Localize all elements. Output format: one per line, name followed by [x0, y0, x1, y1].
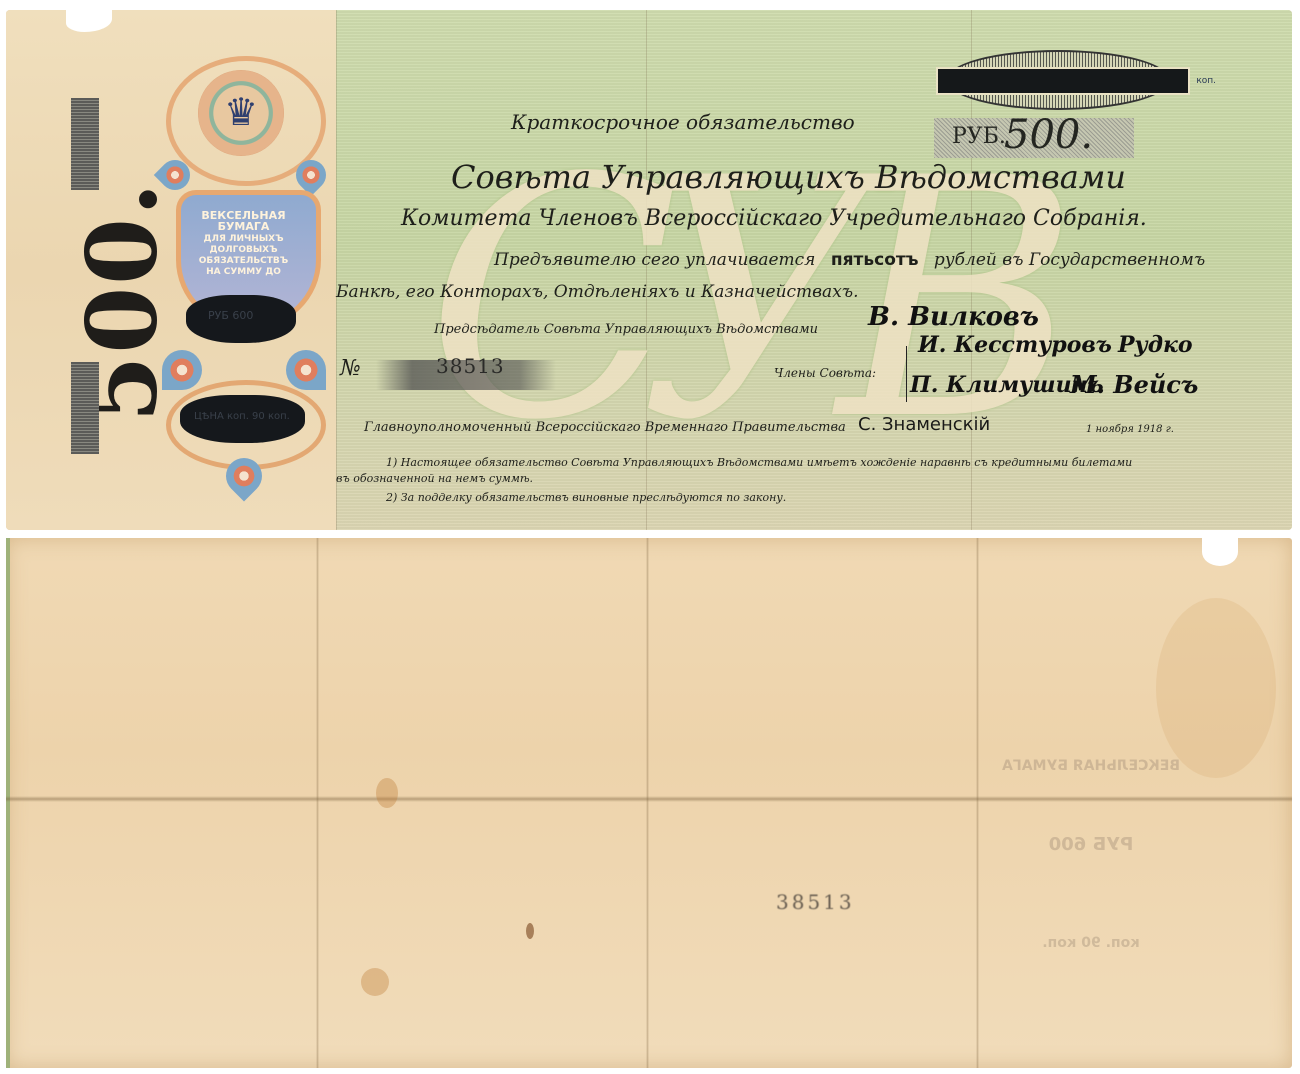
vertical-denomination: 500.: [56, 190, 146, 370]
footnote-1: 1) Настоящее обязательство Совѣта Управл…: [386, 456, 1132, 469]
crest-shield-text: ВЕКСЕЛЬНАЯ БУМАГА ДЛЯ ЛИЧНЫХЪ ДОЛГОВЫХЪ …: [178, 210, 309, 278]
double-headed-eagle-icon: ♛: [219, 88, 263, 136]
front-left-panel: 500. ♛ ВЕКСЕЛЬНАЯ БУМАГА ДЛЯ ЛИЧНЫХЪ ДОЛ…: [6, 10, 336, 530]
denomination-bar-bottom: [71, 362, 99, 454]
member-signature: Рудко: [1118, 332, 1193, 358]
stain: [361, 968, 389, 996]
serial-bleed-through: 38513: [776, 890, 855, 914]
redaction-bar: [936, 67, 1190, 95]
banknote-front: 500. ♛ ВЕКСЕЛЬНАЯ БУМАГА ДЛЯ ЛИЧНЫХЪ ДОЛ…: [6, 10, 1292, 530]
banknote-back: ВЕКСЕЛЬНАЯ БУМАГА РУБ 600 коп. 90 коп. 3…: [6, 538, 1292, 1068]
body-line-2: Банкѣ, его Конторахъ, Отдѣленіяхъ и Казн…: [336, 282, 859, 302]
overprinted-amount: РУБ 600: [208, 309, 253, 322]
ornamental-crest: ♛ ВЕКСЕЛЬНАЯ БУМАГА ДЛЯ ЛИЧНЫХЪ ДОЛГОВЫХ…: [156, 50, 331, 500]
heading-line-2: Совѣта Управляющихъ Вѣдомствами: [451, 158, 1126, 196]
overprint-blot-amount: РУБ 600: [186, 295, 296, 343]
torn-notch: [1202, 538, 1238, 566]
shield-line: ДЛЯ ЛИЧНЫХЪ: [178, 234, 309, 245]
shield-line: ДОЛГОВЫХЪ: [178, 245, 309, 256]
amount-in-words: пятьсотъ: [831, 250, 919, 270]
shield-line: НА СУММУ ДО: [178, 267, 309, 278]
members-label: Члены Совѣта:: [774, 366, 876, 380]
fold-line: [336, 10, 337, 530]
ghost-text: РУБ 600: [996, 834, 1186, 855]
plenipotentiary-signature: С. Знаменскій: [858, 414, 990, 435]
chairman-label: Предсѣдатель Совѣта Управляющихъ Вѣдомст…: [434, 322, 818, 337]
denomination-value: 500.: [1004, 112, 1093, 158]
serial-prefix: №: [340, 356, 361, 381]
heading-line-1: Краткосрочное обязательство: [511, 110, 855, 134]
mirrored-crest-bleed: ВЕКСЕЛЬНАЯ БУМАГА РУБ 600 коп. 90 коп.: [996, 718, 1186, 998]
denomination-prefix: РУБ.: [952, 124, 1006, 149]
footnote-2: 2) За подделку обязательствъ виновные пр…: [386, 491, 786, 504]
body-line-1: Предъявителю сего уплачивается пятьсотъ …: [494, 250, 1205, 270]
body-text: рублей въ Государственномъ: [934, 250, 1205, 270]
top-ornament: коп.: [906, 50, 1226, 106]
shield-line: ОБЯЗАТЕЛЬСТВЪ: [178, 256, 309, 267]
ornament-suffix: коп.: [1196, 76, 1216, 86]
issue-date: 1 ноября 1918 г.: [1086, 424, 1174, 435]
flower-ornament-icon: [162, 350, 202, 390]
member-signature: М. Вейсъ: [1070, 370, 1198, 399]
ghost-text: коп. 90 коп.: [996, 935, 1186, 951]
denomination-bar-top: [71, 98, 99, 190]
fold-line: [646, 538, 649, 1068]
flower-ornament-icon: [286, 350, 326, 390]
ghost-text: ВЕКСЕЛЬНАЯ БУМАГА: [996, 758, 1186, 774]
serial-number: 38513: [436, 354, 505, 378]
signature-bracket: [906, 346, 907, 402]
plenipotentiary-label: Главноуполномоченный Всероссійскаго Врем…: [364, 420, 846, 435]
chairman-signature: В. Вилковъ: [868, 302, 1039, 332]
shield-title: ВЕКСЕЛЬНАЯ БУМАГА: [178, 210, 309, 232]
torn-edge: [66, 10, 112, 32]
denomination-stamp: РУБ. 500.: [934, 118, 1134, 158]
green-edge-strip: [6, 538, 10, 1068]
member-signature: И. Кесстуровъ: [918, 332, 1112, 358]
crest-scroll-bottom: [166, 380, 326, 470]
body-text: Предъявителю сего уплачивается: [494, 250, 815, 270]
stain: [376, 778, 398, 808]
fold-line: [316, 538, 319, 1068]
stain: [526, 923, 534, 939]
footnote-1-continued: въ обозначенной на немъ суммѣ.: [336, 472, 533, 485]
heading-line-3: Комитета Членовъ Всероссійскаго Учредите…: [401, 206, 1147, 231]
fold-line: [976, 538, 979, 1068]
